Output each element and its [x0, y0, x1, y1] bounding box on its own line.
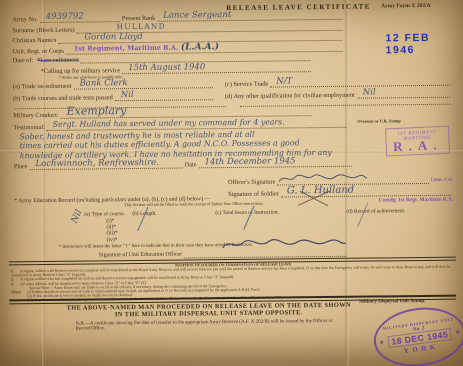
- overseas-stamp-label: Overseas or U.K. Stamp: [357, 119, 400, 124]
- trade-d-row: (d) Any other qualification for civilian…: [225, 90, 452, 100]
- last-enlistment-label: *Last enlistment: [37, 57, 79, 64]
- trade-a-line: Bank Clerk: [74, 80, 213, 89]
- trade-b-label: (b) Trade courses and trade tests passed: [13, 94, 113, 102]
- callup-value: 15th August 1940: [128, 62, 205, 73]
- date-label: Date: [185, 161, 197, 168]
- conduct-label: Military Conduct:: [13, 112, 58, 119]
- education-officer-signature-icon: [219, 235, 349, 254]
- date-value: 14th December 1945: [204, 156, 295, 167]
- officer-signature-icon: [277, 172, 369, 185]
- place-line: Lochwinnoch, Renfrewshire.: [29, 161, 182, 171]
- rank-line: Lance Sergeant: [157, 12, 342, 22]
- trade-d-label: (d) Any other qualification for civilian…: [225, 92, 355, 100]
- date-of-label: Date of:: [13, 57, 34, 64]
- unit-stamp-line3: R.A.: [390, 139, 446, 154]
- star-icon: ★: [379, 339, 385, 347]
- officer-signature-line: [277, 169, 429, 186]
- trade-c-line: N/T: [270, 78, 450, 88]
- officer-signature-row: Officer's Signature Lieut.-Col.: [228, 169, 453, 186]
- place-value: Lochwinnoch, Renfrewshire.: [35, 158, 159, 169]
- received-date-stamp: 12 FEB 1946: [385, 32, 461, 57]
- pencil-cross-mark: [296, 187, 332, 209]
- education-sub-note: This Section will not be filled in until…: [124, 200, 451, 208]
- testimonial-line1: Sergt. Hulland has served under my comma…: [47, 120, 347, 131]
- para-number: 3.: [11, 282, 20, 286]
- unit-stamped-value: 1st Regiment, Maritime R.A. (L.A.A.): [74, 42, 219, 54]
- rank-value: Lance Sergeant: [163, 10, 231, 21]
- trade-d-value: Nil: [363, 87, 376, 97]
- army-no-row: Army No. 4939792 Present Rank Lance Serg…: [12, 12, 344, 23]
- education-signature-label: Signature of Unit Education Officer: [99, 252, 182, 260]
- officer-rank-stamp: Lieut.-Col.: [431, 177, 453, 184]
- christian-name-label: Christian Name/s: [12, 37, 56, 44]
- place-date-row: Place Lochwinnoch, Renfrewshire. Date 14…: [14, 159, 354, 171]
- surname-label: Surname (Block Letters): [12, 26, 74, 34]
- trade-b-value: Nil: [121, 90, 134, 100]
- trade-b-row: (b) Trade courses and trade tests passed…: [13, 92, 215, 102]
- army-no-line: 4939792: [40, 14, 120, 23]
- testimonial-line2: Sober, honest and trustworthy he is most…: [19, 130, 354, 140]
- trade-a-label: (a) Trade on enlistment: [13, 83, 72, 91]
- army-no-label: Army No.: [12, 16, 38, 23]
- christian-name-value: Gordon Lloyd: [84, 32, 143, 43]
- testimonial-line4: knowledge of artillery work. I have no h…: [20, 149, 355, 159]
- unit-line: 1st Regiment, Maritime R.A. (L.A.A.): [66, 43, 343, 54]
- form-sheet: RELEASE LEAVE CERTIFICATE Army Form X 20…: [0, 0, 463, 366]
- form-title: RELEASE LEAVE CERTIFICATE: [226, 3, 371, 13]
- notes-label: Notes:: [11, 290, 27, 294]
- testimonial-label: Testimonial:: [13, 124, 44, 131]
- army-no-value: 4939792: [46, 12, 84, 22]
- surname-value: HULLAND: [117, 21, 166, 31]
- trade-b-line: Nil: [115, 92, 213, 101]
- trade-c-row: (c) Service Trade N/T: [225, 78, 452, 88]
- trade-c-value: N/T: [276, 76, 292, 86]
- conduct-value: Exemplary: [66, 104, 126, 118]
- trade-a-row: (a) Trade on enlistment Bank Clerk: [13, 80, 215, 90]
- dispersal-oval-stamp: MILITARY DISPERSAL UNIT No. 2 18 DEC 194…: [370, 302, 463, 366]
- officer-signature-label: Officer's Signature: [228, 179, 275, 186]
- unit-label: Unit, Regt. or Corps: [13, 47, 64, 55]
- dispersal-stamp-label: Military Dispersal Unit Stamp.: [359, 299, 425, 305]
- trade-c-label: (c) Service Trade: [225, 81, 268, 88]
- unit-written-value: (L.A.A.): [181, 42, 219, 52]
- form-number: Army Form X 202/A: [381, 3, 431, 10]
- unit-row: Unit, Regt. or Corps 1st Regiment, Marit…: [13, 43, 345, 54]
- star-icon: ★: [455, 329, 461, 337]
- continuation-line: [240, 103, 451, 107]
- trade-d-line: Nil: [357, 90, 450, 99]
- footer-nb-note: N.B.—A certificate showing the date of t…: [61, 319, 356, 332]
- unit-rubber-stamp: 1ST REGIMENT MARITIME R.A.: [385, 126, 450, 157]
- date-line: 14th December 1945: [199, 159, 352, 169]
- trade-a-value: Bank Clerk: [79, 78, 127, 89]
- place-label: Place: [14, 163, 28, 170]
- scanned-certificate: RELEASE LEAVE CERTIFICATE Army Form X 20…: [0, 0, 463, 366]
- surname-row: Surname (Block Letters) HULLAND: [12, 22, 344, 33]
